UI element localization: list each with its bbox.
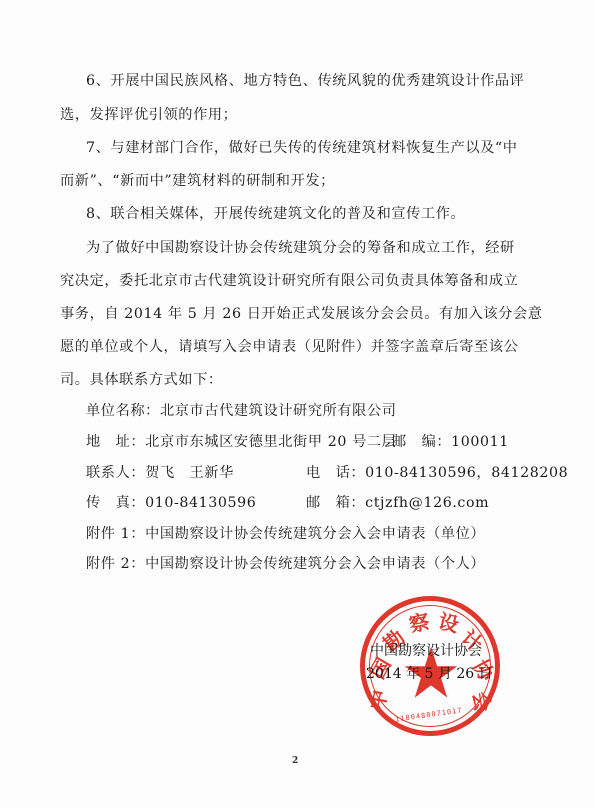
paragraph-item-6-line1: 6、开展中国民族风格、地方特色、传统风貌的优秀建筑设计作品评 (86, 70, 524, 90)
paragraph-item-7-line2: 而新”、“新而中”建筑材料的研制和开发； (60, 170, 335, 190)
contact-postcode: 邮 编：100011 (392, 431, 509, 451)
seal-char: 中 (361, 687, 393, 712)
contact-email: 邮 箱：ctjzfh@126.com (306, 492, 489, 512)
seal-char: 会 (467, 690, 499, 714)
paragraph-item-6-line2: 选，发挥评优引领的作用； (60, 104, 237, 124)
signature-date: 2014 年 5 月 26 日 (366, 663, 493, 683)
paragraph-main-line4: 愿的单位或个人，请填写入会申请表（见附件）并签字盖章后寄至该公 (60, 336, 518, 356)
paragraph-item-8: 8、联合相关媒体，开展传统建筑文化的普及和宣传工作。 (86, 203, 465, 223)
paragraph-main-line1: 为了做好中国勘察设计协会传统建筑分会的筹备和成立工作，经研 (86, 237, 515, 257)
page-number: 2 (292, 756, 298, 766)
paragraph-main-line3: 事务，自 2014 年 5 月 26 日开始正式发展该分会会员。有加入该分会意 (60, 303, 543, 323)
paragraph-main-line5: 司。具体联系方式如下： (60, 369, 223, 389)
paragraph-main-line2: 究决定，委托北京市古代建筑设计研究所有限公司负责具体筹备和成立 (60, 270, 518, 290)
contact-phone: 电 话：010-84130596，84128208 (306, 462, 568, 482)
paragraph-item-7-line1: 7、与建材部门合作，做好已失传的传统建筑材料恢复生产以及“中 (86, 137, 518, 157)
attachment-1: 附件 1：中国勘察设计协会传统建筑分会入会申请表（单位） (86, 523, 485, 543)
attachment-2: 附件 2：中国勘察设计协会传统建筑分会入会申请表（个人） (86, 553, 485, 573)
signature-org: 中国勘察设计协会 (370, 640, 482, 660)
contact-fax: 传 真：010-84130596 (86, 492, 256, 512)
contact-persons: 联系人：贺飞 王新华 (86, 462, 234, 482)
contact-unit: 单位名称：北京市古代建筑设计研究所有限公司 (86, 400, 397, 420)
contact-address: 地 址：北京市东城区安德里北街甲 20 号二层 (86, 431, 396, 451)
